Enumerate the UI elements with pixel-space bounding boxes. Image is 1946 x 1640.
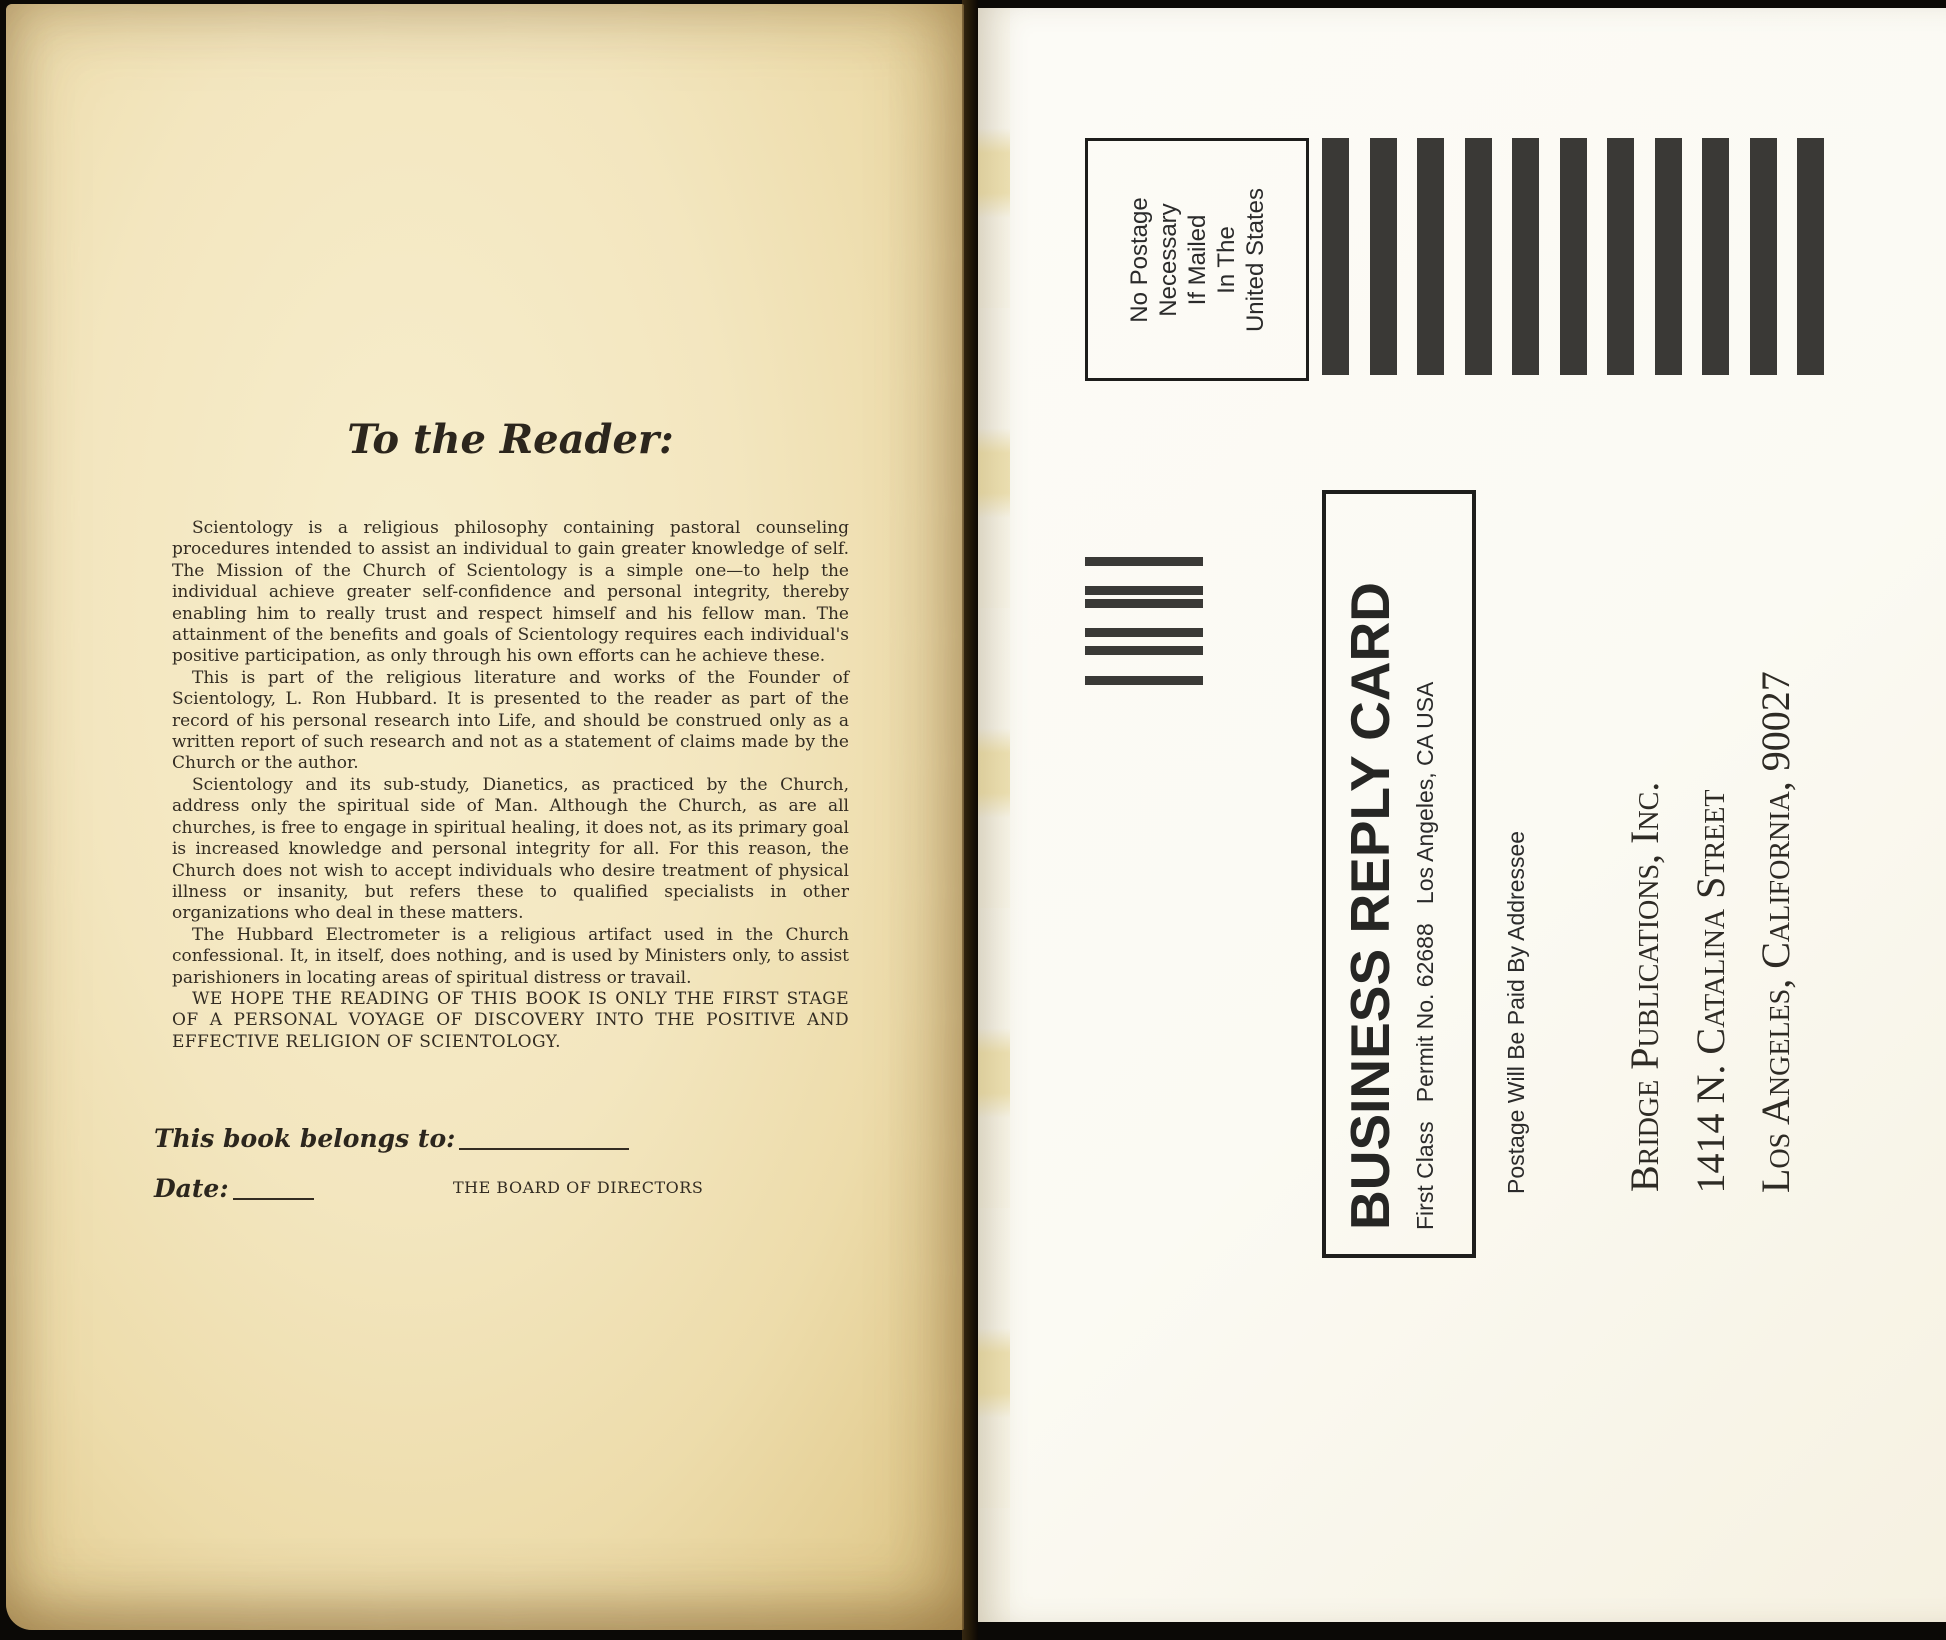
paragraph-3: Scientology and its sub-study, Dianetics… bbox=[172, 775, 849, 925]
paragraph-4: The Hubbard Electrometer is a religious … bbox=[172, 925, 849, 989]
fim-bar bbox=[1085, 586, 1203, 595]
reader-body-text: Scientology is a religious philosophy co… bbox=[172, 518, 849, 1053]
reply-mail-bars bbox=[1322, 138, 1825, 375]
address-line-3: Los Angeles, California, 90027 bbox=[1753, 653, 1805, 1193]
business-reply-card-title: BUSINESS REPLY CARD bbox=[1338, 498, 1402, 1230]
fim-bar bbox=[1085, 599, 1203, 608]
reply-mail-bar bbox=[1370, 138, 1397, 375]
postage-paid-line-wrap: Postage Will Be Paid By Addressee bbox=[1496, 790, 1536, 1194]
reply-mail-bar bbox=[1655, 138, 1682, 375]
business-reply-card-box: BUSINESS REPLY CARD First Class Permit N… bbox=[1322, 490, 1476, 1258]
business-reply-card-inner: BUSINESS REPLY CARD First Class Permit N… bbox=[1330, 498, 1468, 1250]
address-line-2: 1414 N. Catalina Street bbox=[1688, 750, 1734, 1193]
fim-marks bbox=[1085, 557, 1203, 697]
date-blank-line bbox=[233, 1198, 314, 1200]
date-label: Date: bbox=[154, 1172, 229, 1206]
reply-mail-bar bbox=[1322, 138, 1349, 375]
fim-bar bbox=[1085, 676, 1203, 685]
paragraph-2: This is part of the religious literature… bbox=[172, 668, 849, 775]
left-page: To the Reader: Scientology is a religiou… bbox=[6, 4, 964, 1630]
fim-bar bbox=[1085, 557, 1203, 566]
glue-edge bbox=[978, 8, 1010, 1622]
address-line-1-wrap: Bridge Publications, Inc. bbox=[1622, 732, 1668, 1192]
board-of-directors-signature: THE BOARD OF DIRECTORS bbox=[453, 1178, 629, 1197]
paragraph-1: Scientology is a religious philosophy co… bbox=[172, 518, 849, 668]
reply-mail-bar bbox=[1607, 138, 1634, 375]
reply-mail-bar bbox=[1465, 138, 1492, 375]
belongs-to-row: This book belongs to: bbox=[154, 1122, 629, 1156]
reply-mail-bar bbox=[1512, 138, 1539, 375]
reply-mail-bar bbox=[1560, 138, 1587, 375]
permit-line: First Class Permit No. 62688 Los Angeles… bbox=[1412, 498, 1439, 1230]
reply-mail-bar bbox=[1797, 138, 1824, 375]
belongs-to-blank-line bbox=[459, 1148, 629, 1150]
date-row: Date: bbox=[154, 1172, 314, 1206]
no-postage-text: No Postage Necessary If Mailed In The Un… bbox=[1088, 141, 1306, 378]
reply-mail-bar bbox=[1750, 138, 1777, 375]
no-postage-box: No Postage Necessary If Mailed In The Un… bbox=[1085, 138, 1309, 381]
book-gutter bbox=[962, 0, 978, 1640]
fim-bar bbox=[1085, 646, 1203, 655]
address-line-3-wrap: Los Angeles, California, 90027 bbox=[1753, 653, 1805, 1193]
reply-card-page: No Postage Necessary If Mailed In The Un… bbox=[978, 8, 1946, 1622]
reader-heading: To the Reader: bbox=[172, 416, 849, 504]
reply-mail-bar bbox=[1702, 138, 1729, 375]
postage-paid-line: Postage Will Be Paid By Addressee bbox=[1496, 790, 1536, 1194]
belongs-to-label: This book belongs to: bbox=[154, 1122, 455, 1156]
address-line-1: Bridge Publications, Inc. bbox=[1622, 732, 1668, 1192]
paragraph-5: WE HOPE THE READING OF THIS BOOK IS ONLY… bbox=[172, 989, 849, 1053]
address-line-2-wrap: 1414 N. Catalina Street bbox=[1688, 750, 1734, 1193]
fim-bar bbox=[1085, 628, 1203, 637]
book-scan: To the Reader: Scientology is a religiou… bbox=[0, 0, 1946, 1640]
reply-mail-bar bbox=[1417, 138, 1444, 375]
